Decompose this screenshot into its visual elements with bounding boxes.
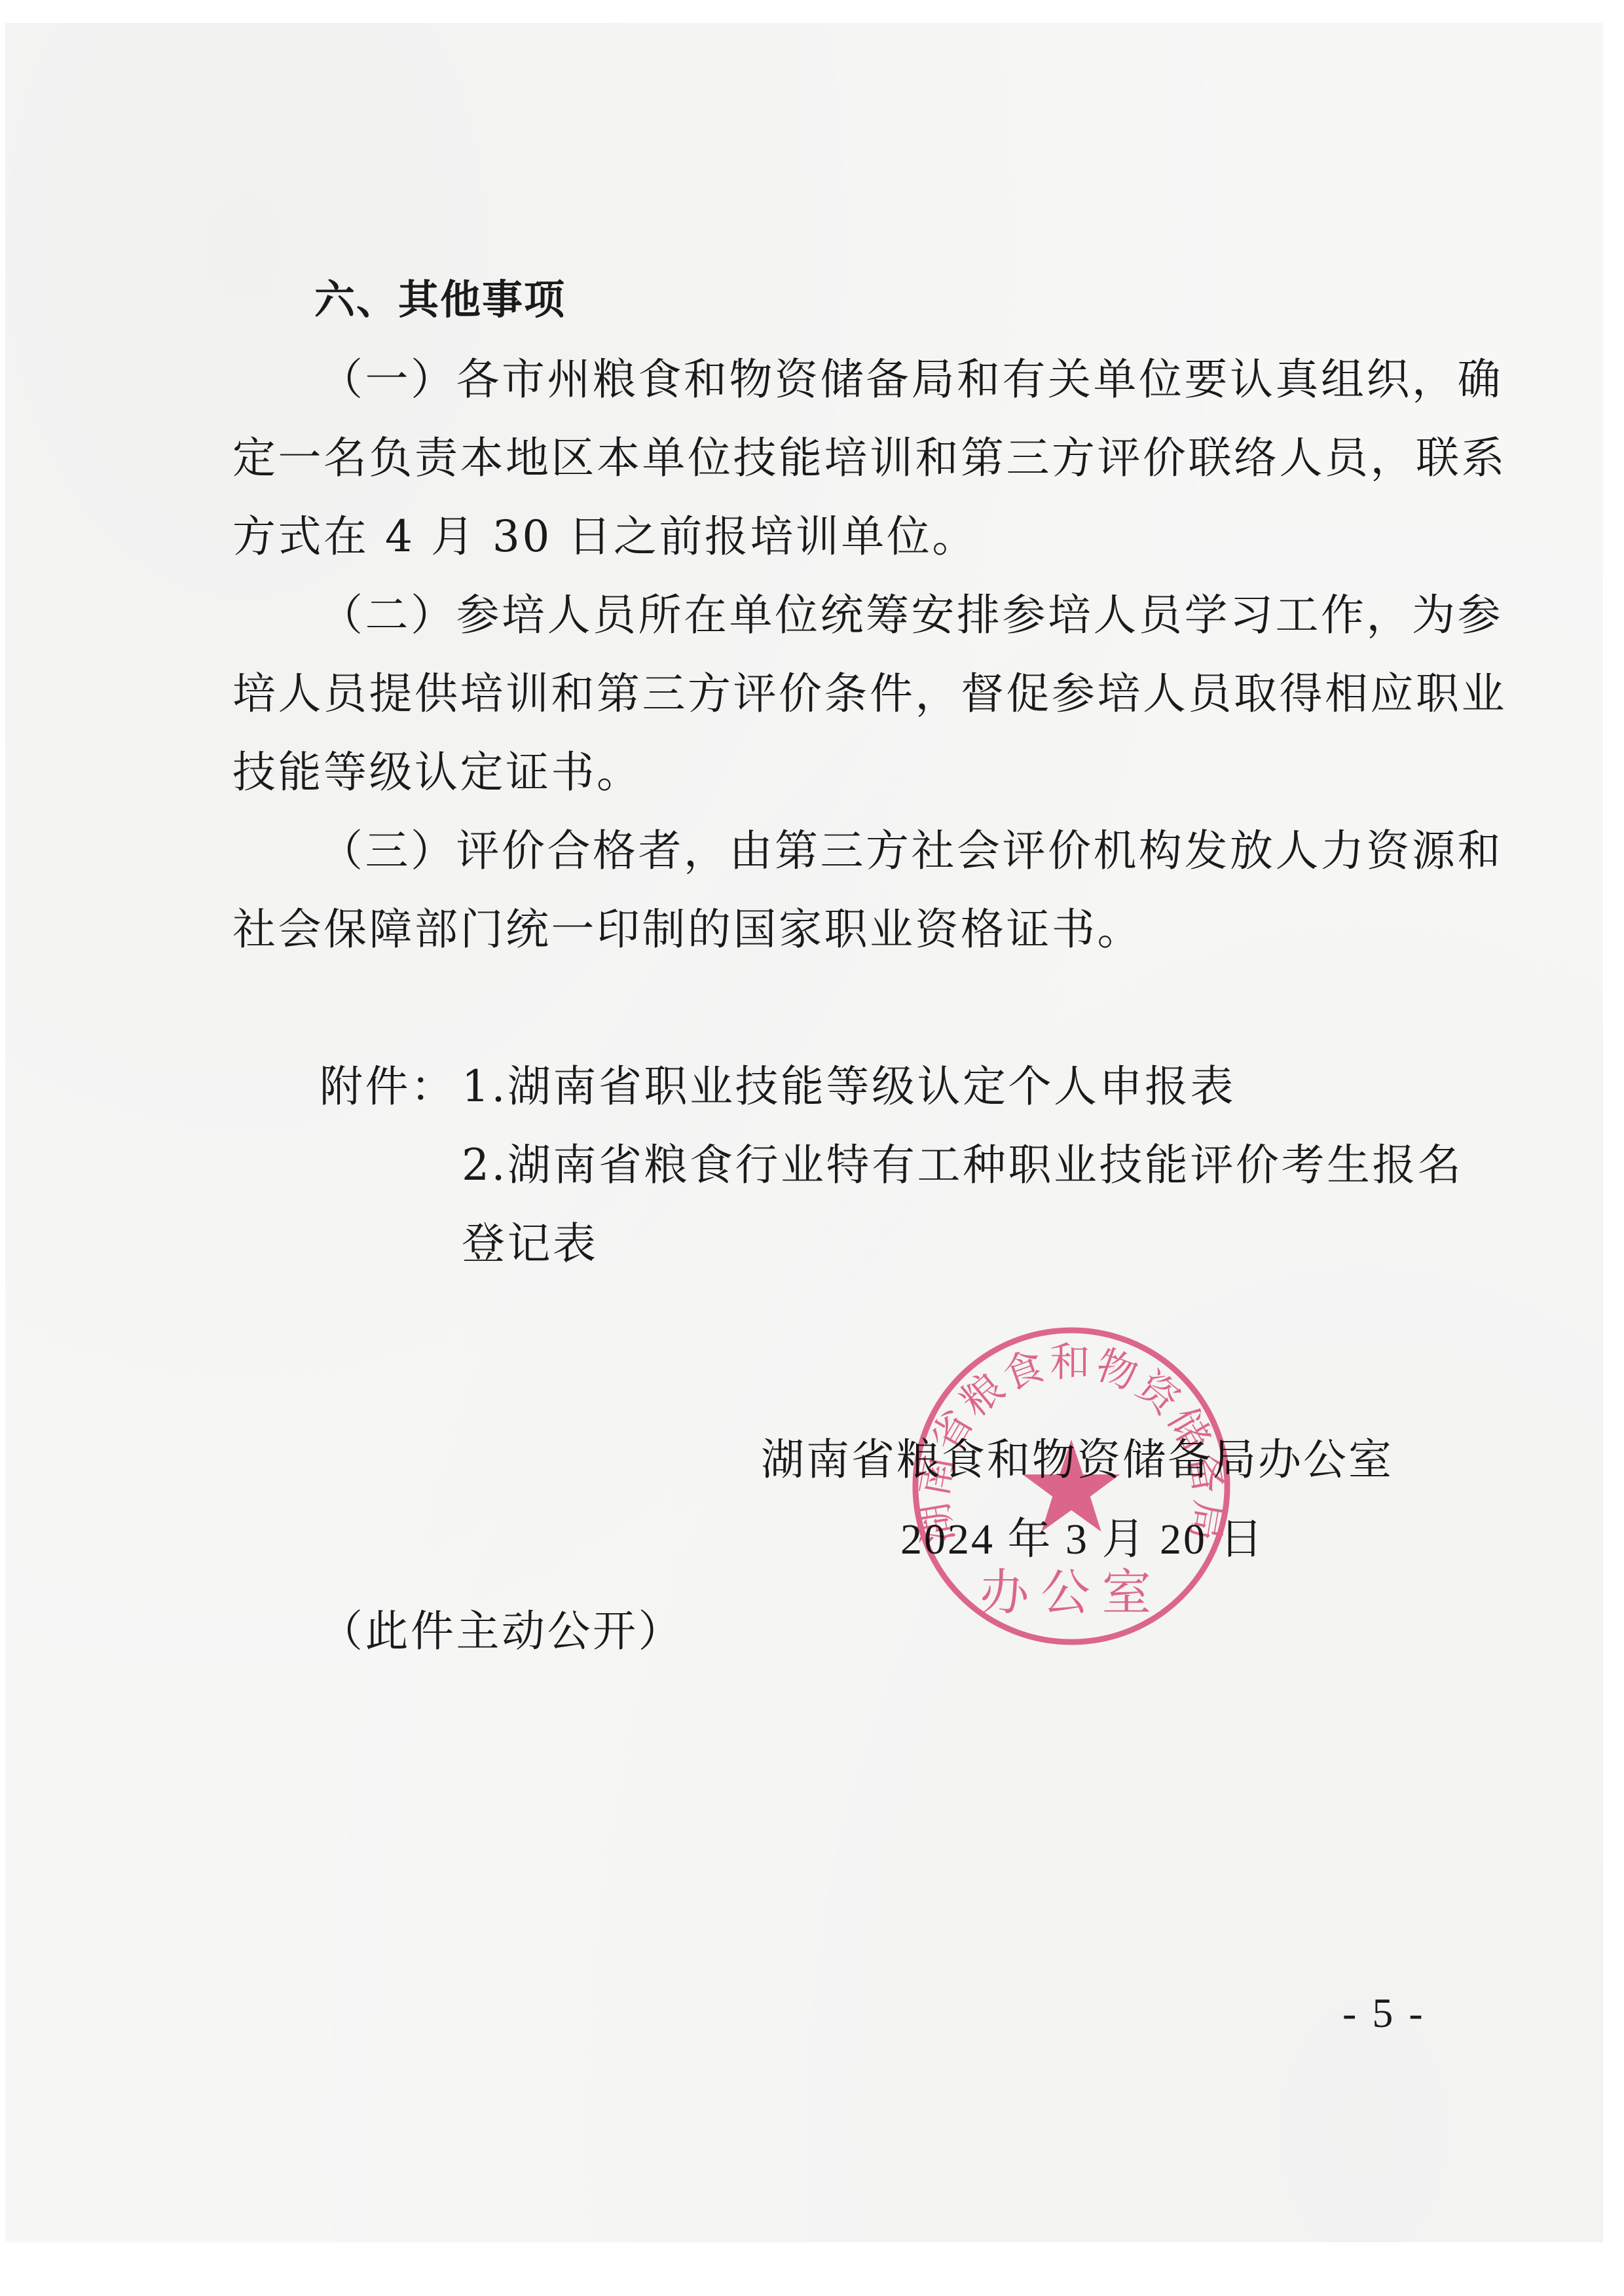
paragraph-1-line-3: 方式在 4 月 30 日之前报培训单位。 xyxy=(232,511,978,563)
paragraph-2-line-3: 技能等级认定证书。 xyxy=(232,746,642,799)
paragraph-2-line-2: 培人员提供培训和第三方评价条件，督促参培人员取得相应职业 xyxy=(232,668,1507,720)
official-seal-stamp: 湖南省粮食和物资储备局 办公室 xyxy=(909,1324,1234,1649)
attachments-label: 附件： xyxy=(320,1061,456,1113)
attachment-1: 1.湖南省职业技能等级认定个人申报表 xyxy=(462,1061,1236,1113)
paragraph-1-line-2: 定一名负责本地区本单位技能培训和第三方评价联络人员，联系 xyxy=(232,432,1507,484)
section-heading: 六、其他事项 xyxy=(314,274,566,326)
stamp-bottom-text: 办公室 xyxy=(980,1563,1163,1621)
paragraph-2-line-1: （二）参培人员所在单位统筹安排参培人员学习工作，为参 xyxy=(320,589,1503,642)
paragraph-3-line-1: （三）评价合格者，由第三方社会评价机构发放人力资源和 xyxy=(320,825,1503,877)
disclosure-note: （此件主动公开） xyxy=(320,1605,684,1658)
attachment-2-line-1: 2.湖南省粮食行业特有工种职业技能评价考生报名 xyxy=(462,1139,1463,1192)
paragraph-3-line-2: 社会保障部门统一印制的国家职业资格证书。 xyxy=(232,903,1143,956)
paragraph-1-line-1: （一）各市州粮食和物资储备局和有关单位要认真组织，确 xyxy=(320,354,1503,406)
page-number: - 5 - xyxy=(1342,1987,1426,2039)
attachment-2-line-2: 登记表 xyxy=(462,1218,599,1270)
star-icon xyxy=(1023,1440,1120,1532)
